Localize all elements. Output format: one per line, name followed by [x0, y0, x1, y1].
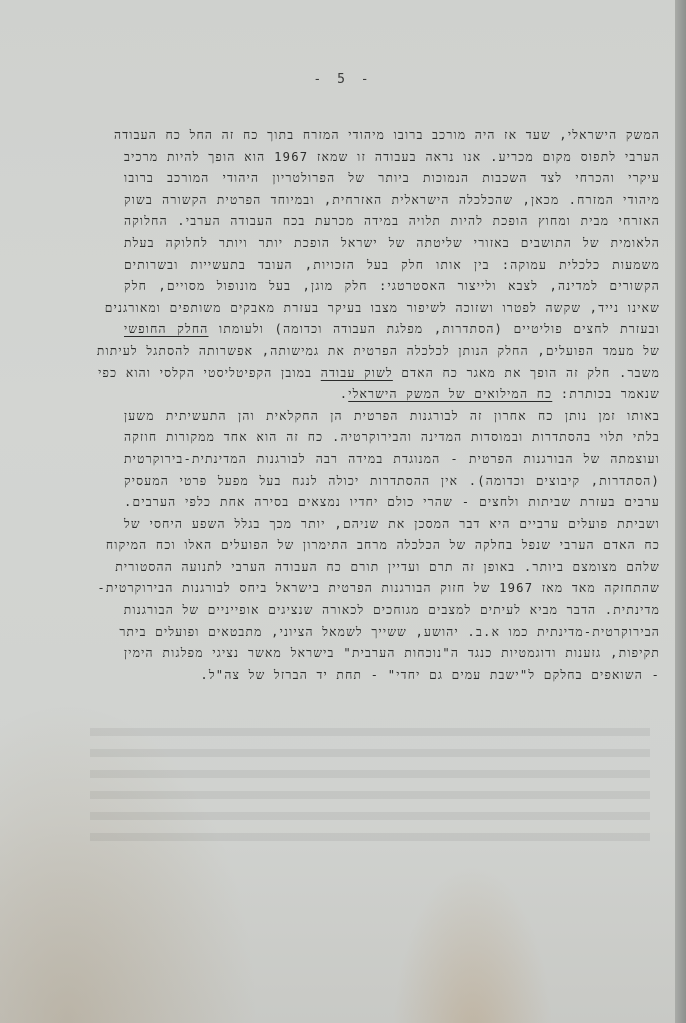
text-line: הלאומית של התושבים באזורי שליטתה של ישרא… [124, 233, 660, 255]
text-segment: שנאמר בכותרת: [552, 387, 660, 401]
text-line: משמעות כלכלית עמוקה: בין אותו חלק בעל הז… [124, 255, 660, 277]
page-number: - 5 - [0, 72, 686, 87]
text-line: ועוצמתה של הבורגנות הפרטית - המנוגדת במי… [124, 449, 660, 471]
text-segment: משבר. חלק זה הופך את מאגר כח האדם [393, 366, 660, 380]
text-line: הקשורים למדינה, לצבא ולייצור האסטרטגי: ח… [124, 276, 660, 298]
text-line: ערבים בעזרת שביתות ולחצים - שהרי כולם יח… [124, 492, 660, 514]
text-line: הבירוקרטית-מדינתית כמו א.ב. יהושע, ששייך… [124, 622, 660, 644]
text-line: של מעמד הפועלים, החלק הנותן לכלכלה הפרטי… [124, 341, 660, 363]
text-line: כח האדם הערבי שנפל בחלקה של הכלכלה מרחב … [124, 535, 660, 557]
text-segment: ובעזרת לחצים פוליטיים (הסתדרות, מפלגת הע… [209, 322, 660, 336]
text-line: עיקרי והכרחי לצד השכבות הנמוכות ביותר של… [124, 168, 660, 190]
text-line: שאינו נייד, שקשה לפטרו ושזוכה לשיפור מצב… [124, 298, 660, 320]
text-line: מיהודי המזרח. מכאן, שהכלכלה הישראלית האז… [124, 190, 660, 212]
text-line: ובעזרת לחצים פוליטיים (הסתדרות, מפלגת הע… [124, 319, 660, 341]
underlined-phrase: לשוק עבודה [321, 366, 393, 380]
text-line: שנאמר בכותרת: כח המילואים של המשק הישראל… [124, 384, 660, 406]
scanned-page: - 5 - המשק הישראלי, שעד אז היה מורכב ברו… [0, 0, 675, 1023]
text-line: (הסתדרות, קיבוצים וכדומה). אין ההסתדרות … [124, 471, 660, 493]
text-line: - השואפים בחלקם ל"ישבת עמים גם יחדי" - ת… [124, 665, 660, 687]
text-line: מדינתית. הדבר מביא לעיתים למצבים מגוחכים… [124, 600, 660, 622]
underlined-phrase: כח המילואים של המשק הישראלי [348, 387, 552, 401]
text-line: האזרחי מבית ומחוץ הופכת להיות תלויה במיד… [124, 211, 660, 233]
text-line: משבר. חלק זה הופך את מאגר כח האדם לשוק ע… [124, 363, 660, 385]
text-line: שהתחזקה מאד מאז 1967 של חזוק הבורגנות הפ… [124, 578, 660, 600]
text-line: ושביתת פועלים ערביים היא דבר המסכן את שנ… [124, 514, 660, 536]
page-edge-shadow [675, 0, 686, 1023]
text-line: בלתי תלוי בהסתדרות ובמוסדות המדינה והביר… [124, 427, 660, 449]
text-line: תקיפות, גזענות ודוגמטיות כנגד ה"נוכחות ה… [124, 643, 660, 665]
text-segment: במובן הקפיטליסטי הקלסי והוא כפי [98, 366, 321, 380]
body-paragraph: המשק הישראלי, שעד אז היה מורכב ברובו מיה… [124, 125, 660, 686]
text-line: המשק הישראלי, שעד אז היה מורכב ברובו מיה… [124, 125, 660, 147]
text-line: באותו זמן נותן כח אחרון זה לבורגנות הפרט… [124, 406, 660, 428]
bleed-through-text [90, 728, 650, 848]
text-segment: . [340, 387, 349, 401]
text-line: שלהם מצומצם ביותר. באופן זה תרם ועדיין ת… [124, 557, 660, 579]
underlined-phrase: החלק החופשי [124, 322, 209, 336]
text-line: הערבי לתפוס מקום מכריע. אנו נראה בעבודה … [124, 147, 660, 169]
